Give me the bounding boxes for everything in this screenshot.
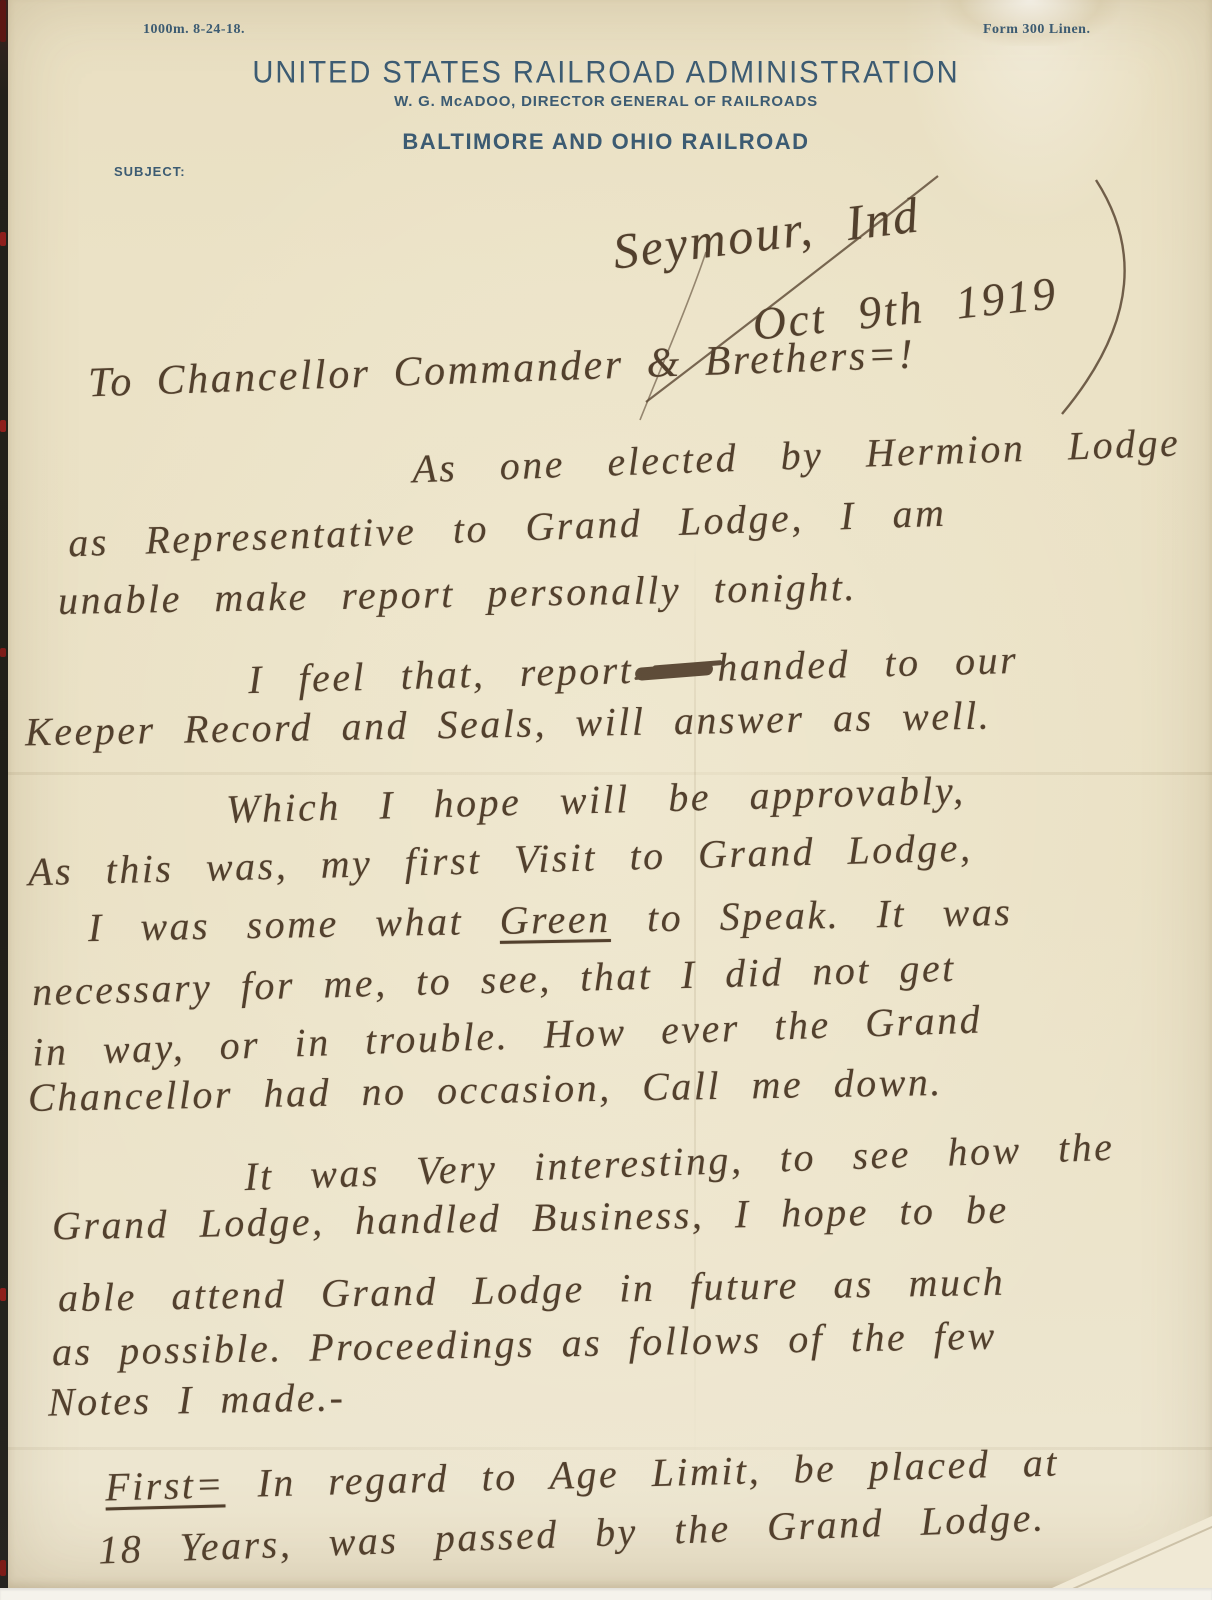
- subject-label: SUBJECT:: [114, 164, 186, 179]
- letterhead-title: UNITED STATES RAILROAD ADMINISTRATION: [18, 55, 1194, 91]
- letterhead-railroad-name: BALTIMORE AND OHIO RAILROAD: [0, 129, 1212, 155]
- handwriting-text: I was some what: [88, 898, 500, 950]
- scan-bottom-strip: [0, 1588, 1212, 1600]
- handwriting-text: to Speak. It was: [610, 889, 1013, 941]
- underlined-word: First=: [105, 1461, 226, 1509]
- form-number-note: Form 300 Linen.: [983, 22, 1090, 38]
- scanned-letter-page: { "colors": { "paper": "#eae1c5", "lette…: [0, 0, 1212, 1600]
- red-fleck: [0, 648, 6, 657]
- red-fleck: [0, 232, 6, 246]
- letterhead-subtitle: W. G. McADOO, DIRECTOR GENERAL OF RAILRO…: [0, 93, 1212, 110]
- horizontal-crease: [8, 772, 1212, 775]
- handwriting-line: Notes I made.-: [48, 1377, 346, 1422]
- red-fleck: [0, 1288, 6, 1301]
- red-fleck: [0, 0, 6, 42]
- red-fleck: [0, 420, 6, 432]
- bottom-right-fold: [1052, 1516, 1212, 1588]
- handwriting-text: handed to our: [717, 637, 1019, 690]
- form-revision-note: 1000m. 8-24-18.: [143, 22, 245, 38]
- underlined-word: Green: [499, 896, 611, 943]
- scribble-strikeout: [635, 662, 714, 681]
- red-fleck: [0, 1560, 6, 1576]
